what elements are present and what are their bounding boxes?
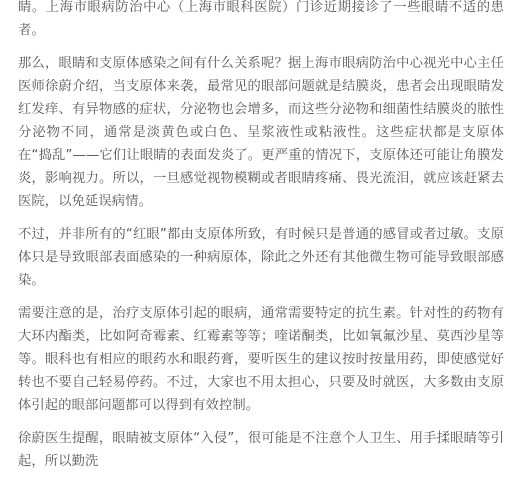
paragraph-treatment: 需要注意的是，治疗支原体引起的眼病，通常需要特定的抗生素。针对性的药物有大环内酯… xyxy=(18,302,504,320)
paragraph-intro-tail: 睛。上海市眼病防治中心（上海市眼科医院）门诊近期接诊了一些眼睛不适的患者。 xyxy=(18,0,504,42)
article-body: 睛。上海市眼病防治中心（上海市眼科医院）门诊近期接诊了一些眼睛不适的患者。 那么… xyxy=(18,0,504,320)
paragraph-relationship: 那么，眼睛和支原体感染之间有什么关系呢？据上海市眼病防治中心视光中心主任医师徐蔚… xyxy=(18,52,504,213)
paragraph-red-eye-causes: 不过，并非所有的“红眼”都由支原体所致，有时候只是普通的感冒或者过敏。支原体只是… xyxy=(18,223,504,292)
